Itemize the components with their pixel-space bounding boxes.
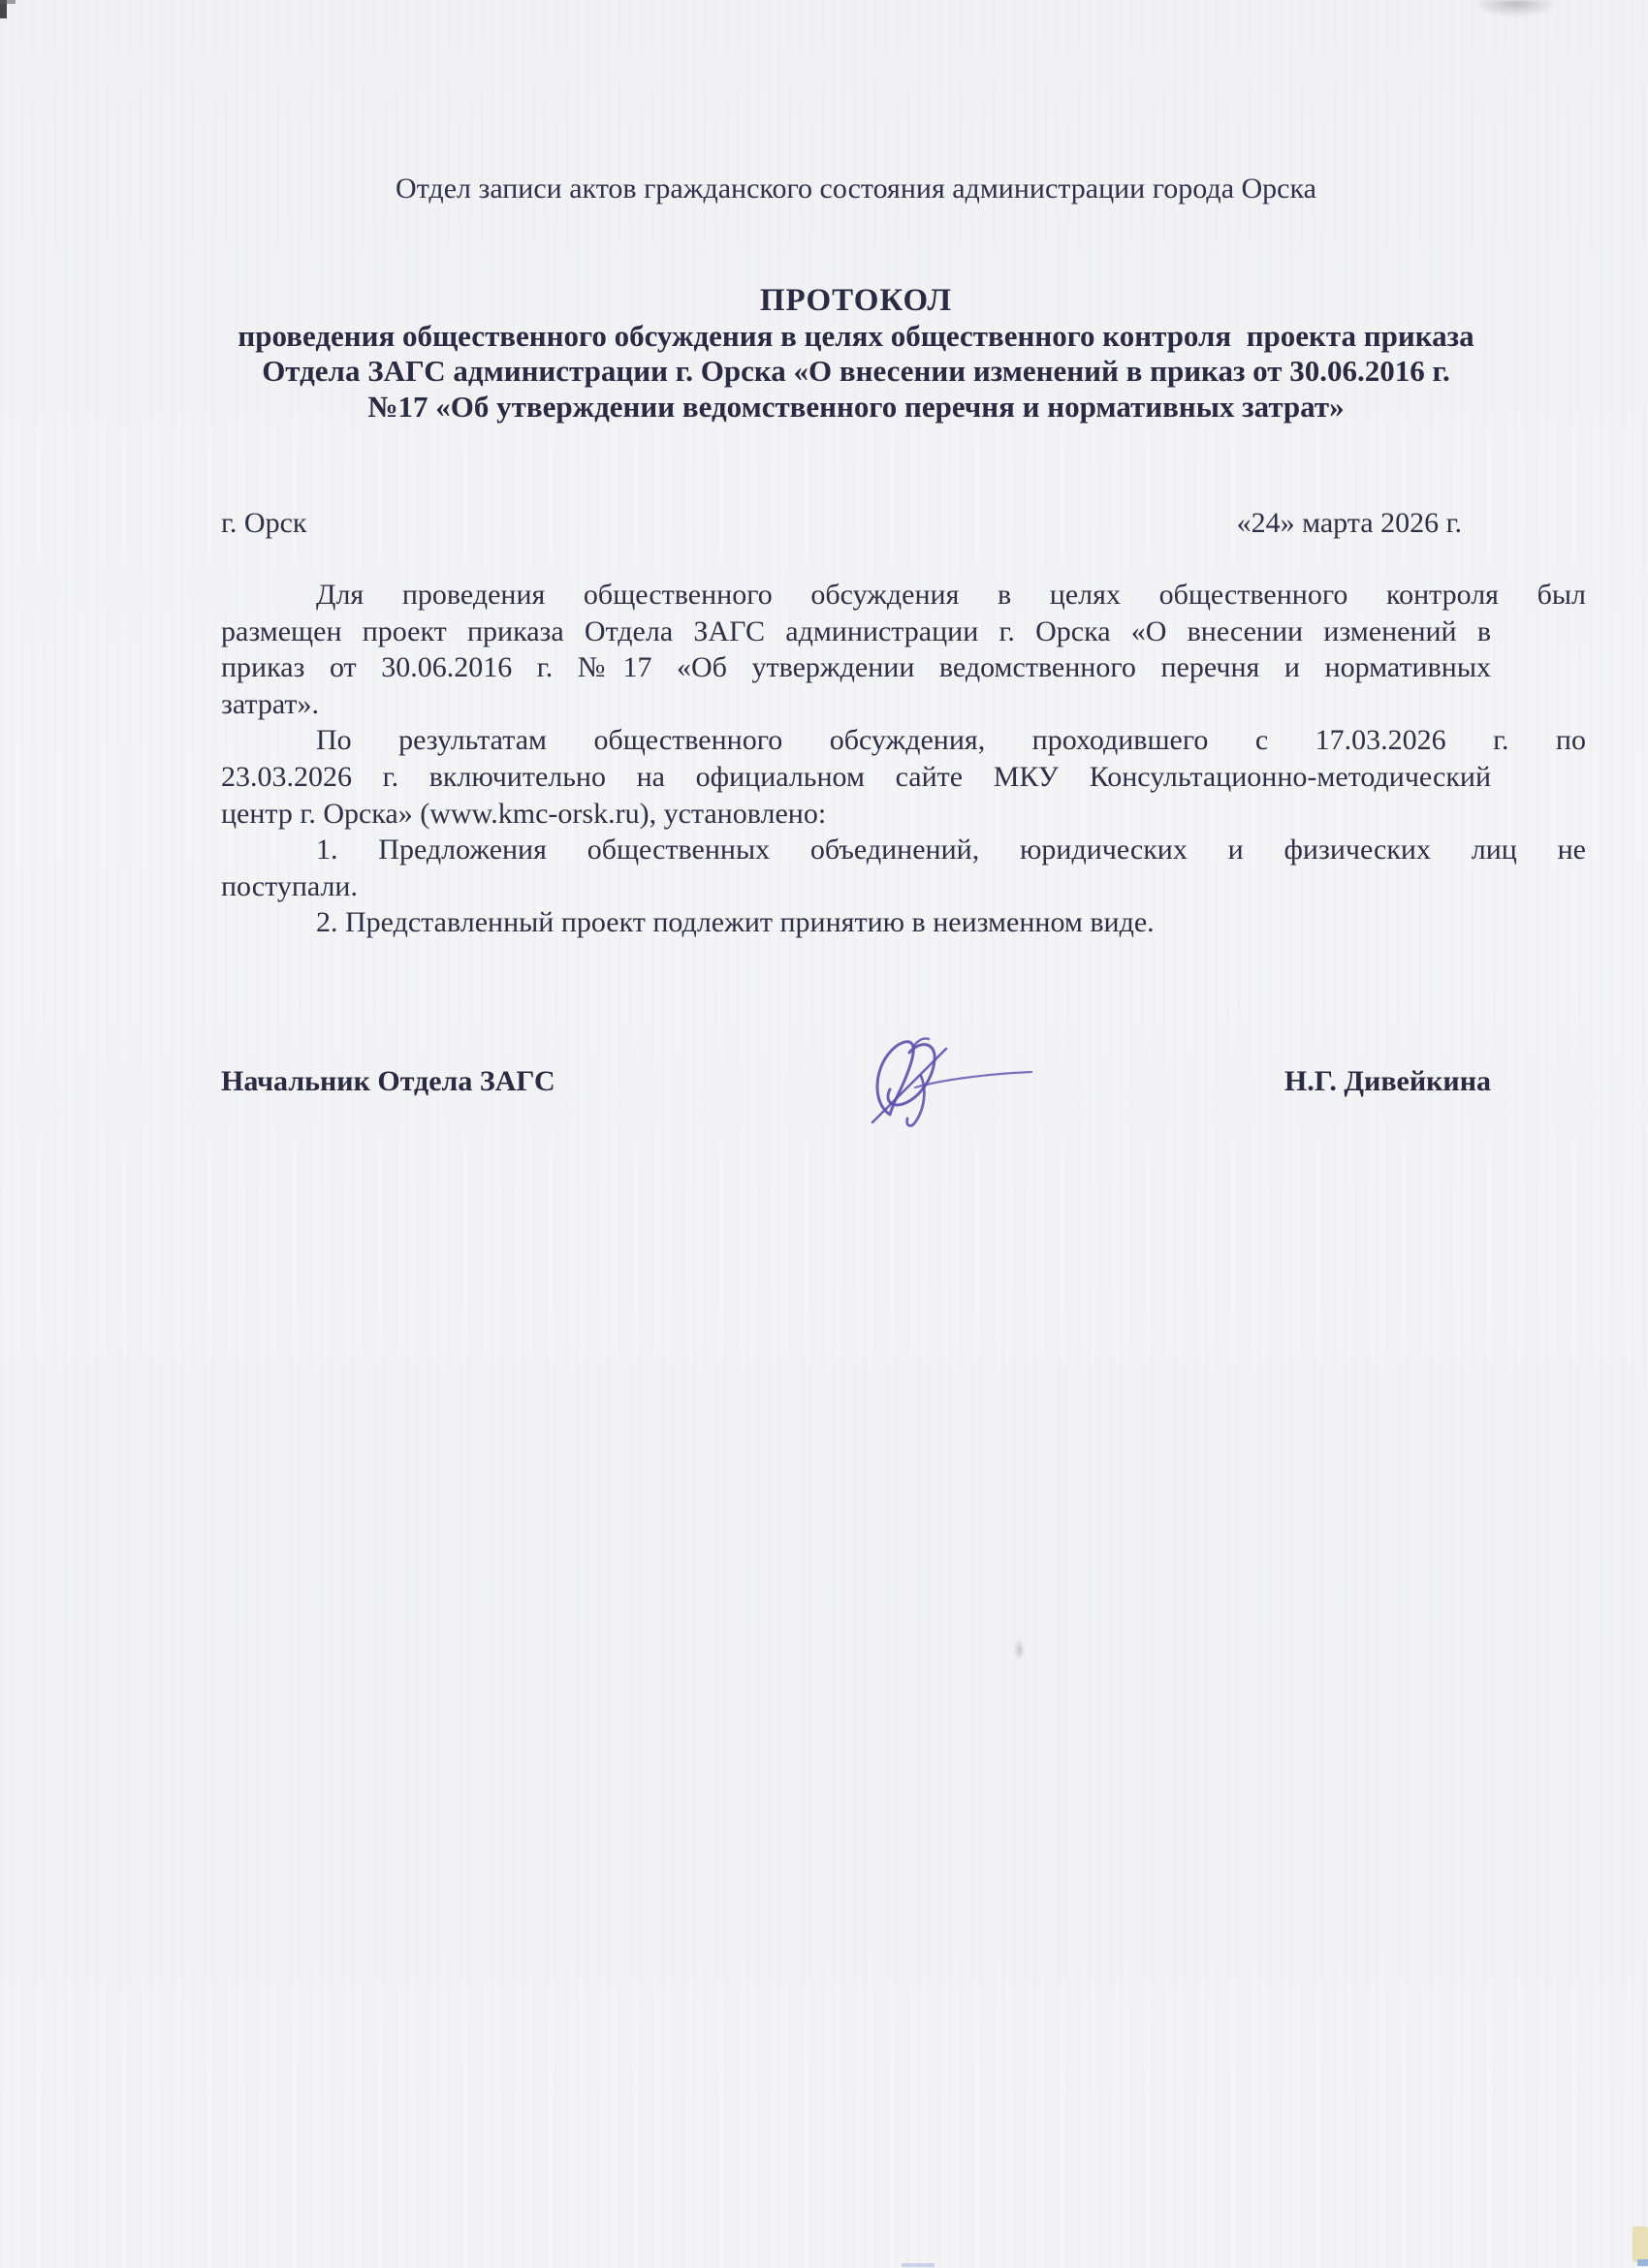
paragraph-line: затрат». bbox=[221, 686, 1491, 723]
scan-artifact-bottom-right-speck bbox=[1632, 2226, 1648, 2262]
paragraph-line: приказ от 30.06.2016 г. №17 «Об утвержде… bbox=[221, 649, 1491, 686]
organization-header: Отдел записи актов гражданского состояни… bbox=[221, 171, 1491, 207]
document-subtitle-line: Отдела ЗАГС администрации г. Орска «О вн… bbox=[194, 354, 1518, 390]
scan-artifact-bottom-right-blue bbox=[1637, 2259, 1648, 2266]
list-item-line: 1. Предложения общественных объединений,… bbox=[221, 832, 1586, 868]
document-heading: ПРОТОКОЛ проведения общественного обсужд… bbox=[194, 283, 1518, 425]
signer-position: Начальник Отдела ЗАГС bbox=[221, 1063, 555, 1100]
paragraph-line: размещен проект приказа Отдела ЗАГС адми… bbox=[221, 614, 1491, 650]
document-place: г. Орск bbox=[221, 505, 306, 542]
place-date-line: г. Орск «24» марта 2026 г. bbox=[221, 505, 1491, 542]
scan-artifact-corner-line bbox=[0, 0, 16, 4]
document-subtitle-line: №17 «Об утверждении ведомственного переч… bbox=[194, 390, 1518, 425]
document-title: ПРОТОКОЛ bbox=[194, 283, 1518, 319]
paragraph-line: По результатам общественного обсуждения,… bbox=[221, 722, 1586, 759]
list-item-line: поступали. bbox=[221, 868, 1491, 905]
list-item-line: 2. Представленный проект подлежит принят… bbox=[221, 904, 1586, 941]
document-body: Для проведения общественного обсуждения … bbox=[221, 577, 1491, 941]
scan-artifact-top-smudge bbox=[1474, 0, 1557, 17]
signer-name: Н.Г. Дивейкина bbox=[1284, 1063, 1491, 1100]
scan-artifact-mid-dot bbox=[1014, 1639, 1025, 1660]
signature-row: Начальник Отдела ЗАГС Н.Г. Дивейкина bbox=[221, 1063, 1491, 1100]
scanned-document-page: Отдел записи актов гражданского состояни… bbox=[0, 0, 1648, 2268]
document-date: «24» марта 2026 г. bbox=[1237, 505, 1491, 542]
paragraph-line: центр г. Орска» (www.kmc-orsk.ru), устан… bbox=[221, 796, 1491, 833]
paragraph-line: Для проведения общественного обсуждения … bbox=[221, 577, 1586, 614]
document-subtitle-line: проведения общественного обсуждения в це… bbox=[194, 319, 1518, 355]
signature-handwritten-icon bbox=[861, 1033, 1040, 1135]
scan-artifact-corner-mark bbox=[0, 0, 7, 18]
paragraph-line: 23.03.2026 г. включительно на официально… bbox=[221, 759, 1491, 796]
scan-artifact-bottom-tick bbox=[902, 2263, 935, 2267]
